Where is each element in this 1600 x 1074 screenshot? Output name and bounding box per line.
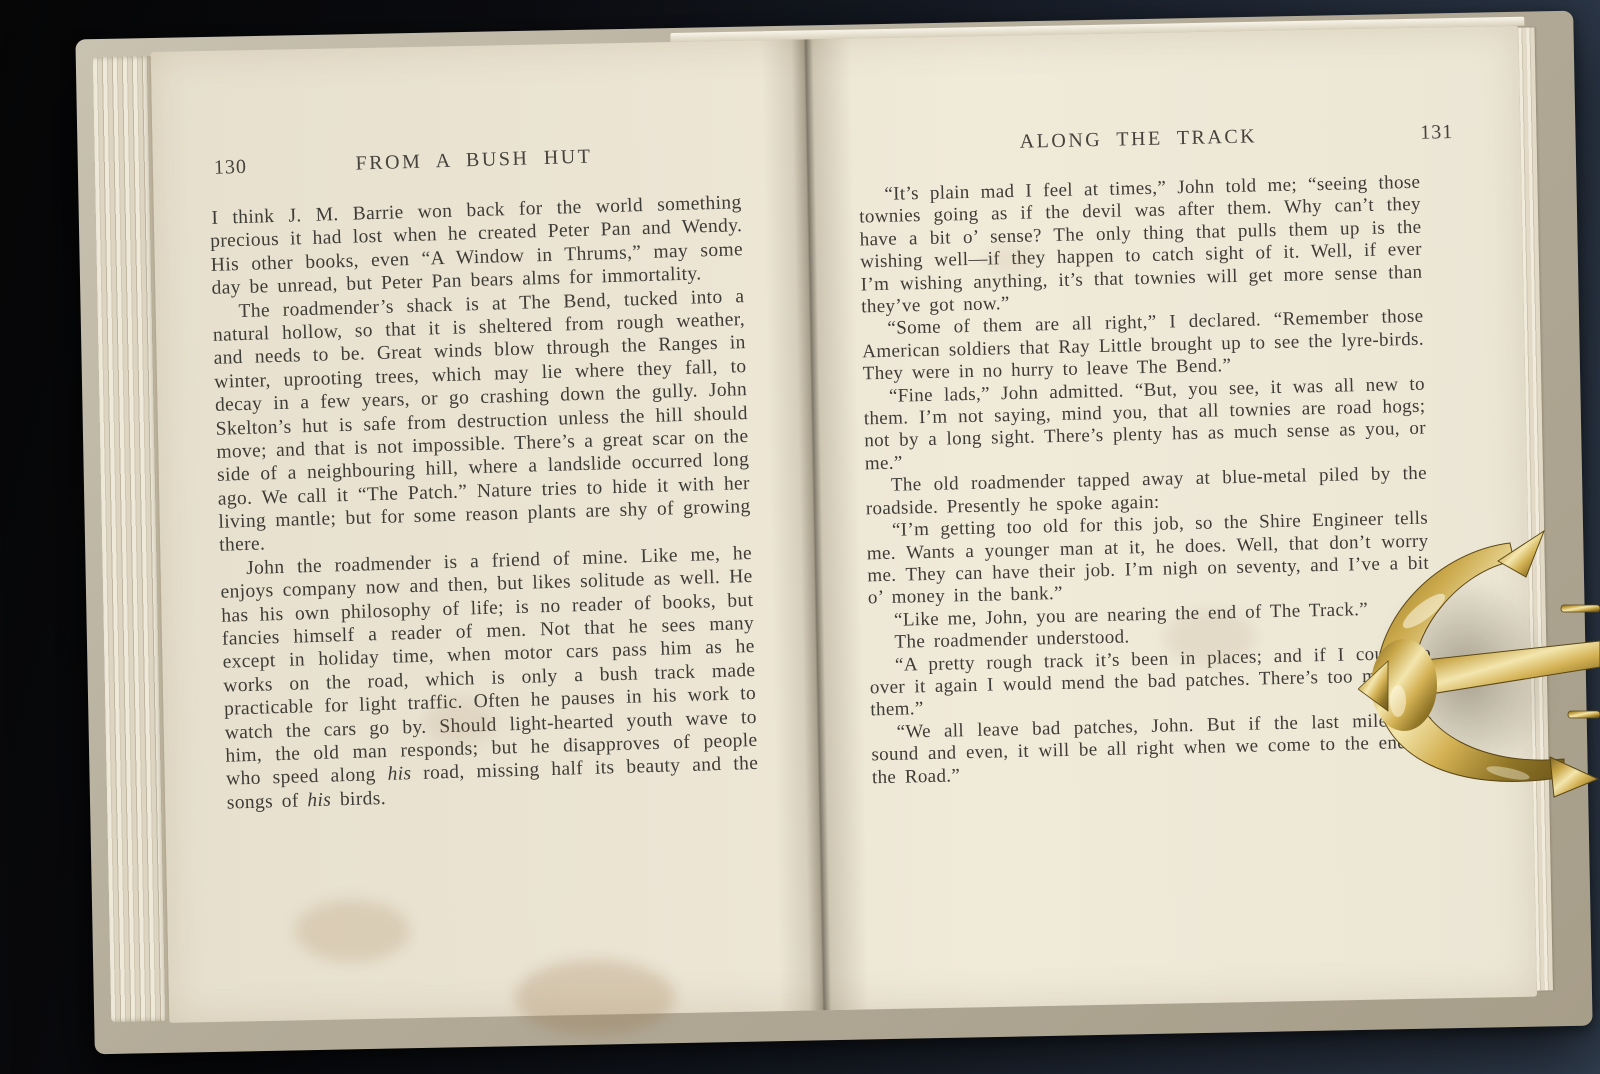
photo-background: 130 FROM A BUSH HUT I think J. M. Barrie… (0, 0, 1600, 1074)
left-page-text: I think J. M. Barrie won back for the wo… (209, 191, 759, 815)
paragraph: “Some of them are all right,” I declared… (862, 306, 1425, 386)
page-number-left: 130 (214, 156, 248, 180)
running-title-left: FROM A BUSH HUT (208, 141, 741, 180)
paragraph: “A pretty rough track it’s been in place… (869, 642, 1432, 722)
open-pages: 130 FROM A BUSH HUT I think J. M. Barrie… (151, 26, 1537, 1023)
left-page: 130 FROM A BUSH HUT I think J. M. Barrie… (151, 39, 825, 1022)
running-title-right: ALONG THE TRACK (858, 122, 1420, 158)
paragraph: “We all leave bad patches, John. But if … (871, 709, 1434, 789)
anchor-bookmark-icon (1358, 515, 1600, 805)
page-number-right: 131 (1420, 121, 1454, 145)
running-head-right: ALONG THE TRACK 131 (858, 122, 1420, 161)
paragraph: I think J. M. Barrie won back for the wo… (209, 191, 744, 300)
paragraph: John the roadmender is a friend of mine.… (220, 542, 760, 815)
paragraph: “It’s plain mad I feel at times,” John t… (859, 172, 1424, 319)
right-page-text: “It’s plain mad I feel at times,” John t… (859, 172, 1434, 790)
running-head-left: 130 FROM A BUSH HUT (208, 141, 741, 183)
paragraph: The roadmender’s shack is at The Bend, t… (212, 285, 752, 558)
paragraph: “Fine lads,” John admitted. “But, you se… (863, 373, 1427, 475)
paragraph: “I’m getting too old for this job, so th… (866, 508, 1430, 610)
